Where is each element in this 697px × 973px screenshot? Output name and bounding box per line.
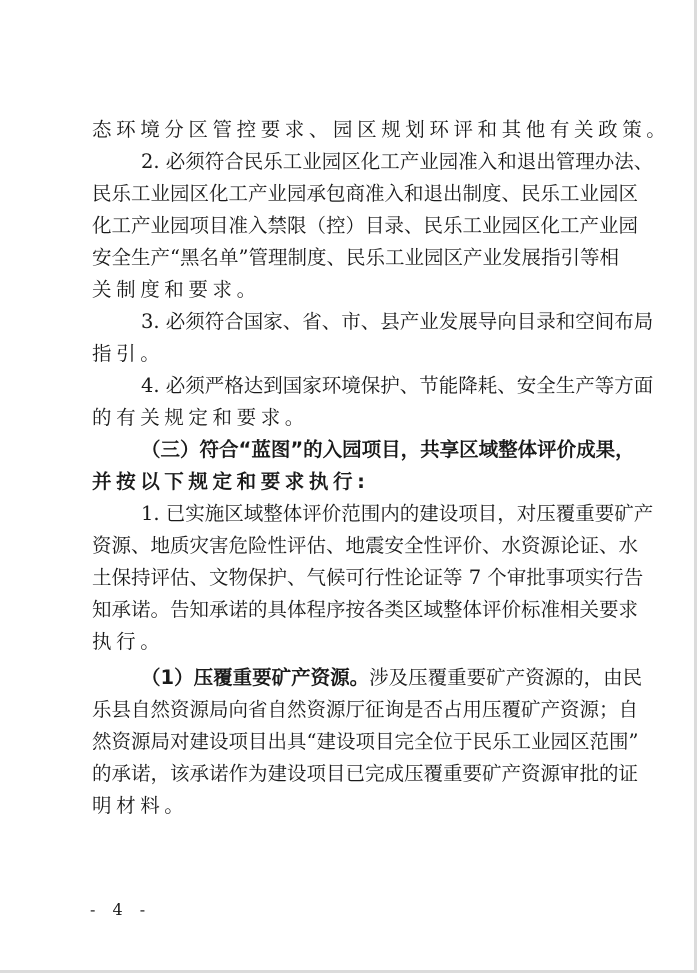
document-page: 态环境分区管控要求、园区规划环评和其他有关政策。 2. 必须符合民乐工业园区化工…	[0, 0, 697, 973]
text-line: 知承诺。告知承诺的具体程序按各类区域整体评价标准相关要求	[92, 594, 608, 626]
text-line: 乐县自然资源局向省自然资源厅征询是否占用压覆矿产资源；自	[92, 694, 608, 726]
text-line: 4. 必须严格达到国家环境保护、节能降耗、安全生产等方面	[141, 370, 608, 402]
text-line: 2. 必须符合民乐工业园区化工产业园准入和退出管理办法、	[141, 146, 608, 178]
text-line: 关制度和要求。	[92, 274, 261, 306]
text-line: 资源、地质灾害危险性评估、地震安全性评价、水资源论证、水	[92, 530, 608, 562]
section-heading-line: （三）符合“蓝图”的入园项目，共享区域整体评价成果，	[141, 434, 608, 466]
subheading-bold: （1）压覆重要矿产资源。	[141, 666, 369, 689]
text-line: 民乐工业园区化工产业园承包商准入和退出制度、民乐工业园区	[92, 178, 608, 210]
text-line: 1. 已实施区域整体评价范围内的建设项目，对压覆重要矿产	[141, 498, 608, 530]
text-line: 然资源局对建设项目出具“建设项目完全位于民乐工业园区范围”	[92, 726, 608, 758]
subheading-rest: 涉及压覆重要矿产资源的，由民	[369, 666, 642, 689]
text-line: 执行。	[92, 626, 164, 658]
text-line: 土保持评估、文物保护、气候可行性论证等 7 个审批事项实行告	[92, 562, 608, 594]
text-line: 指引。	[92, 338, 164, 370]
text-line: 的承诺，该承诺作为建设项目已完成压覆重要矿产资源审批的证	[92, 758, 608, 790]
text-line: 的有关规定和要求。	[92, 402, 309, 434]
text-line: 明材料。	[92, 790, 188, 822]
text-line: 化工产业园项目准入禁限（控）目录、民乐工业园区化工产业园	[92, 210, 608, 242]
text-line: 安全生产“黑名单”管理制度、民乐工业园区产业发展指引等相	[92, 242, 608, 274]
text-line: 态环境分区管控要求、园区规划环评和其他有关政策。	[92, 114, 670, 146]
page-number: - 4 -	[90, 900, 151, 919]
mixed-paragraph-first-line: （1）压覆重要矿产资源。涉及压覆重要矿产资源的，由民	[141, 662, 608, 694]
text-line: 3. 必须符合国家、省、市、县产业发展导向目录和空间布局	[141, 306, 608, 338]
section-heading-line: 并按以下规定和要求执行:	[92, 466, 370, 498]
